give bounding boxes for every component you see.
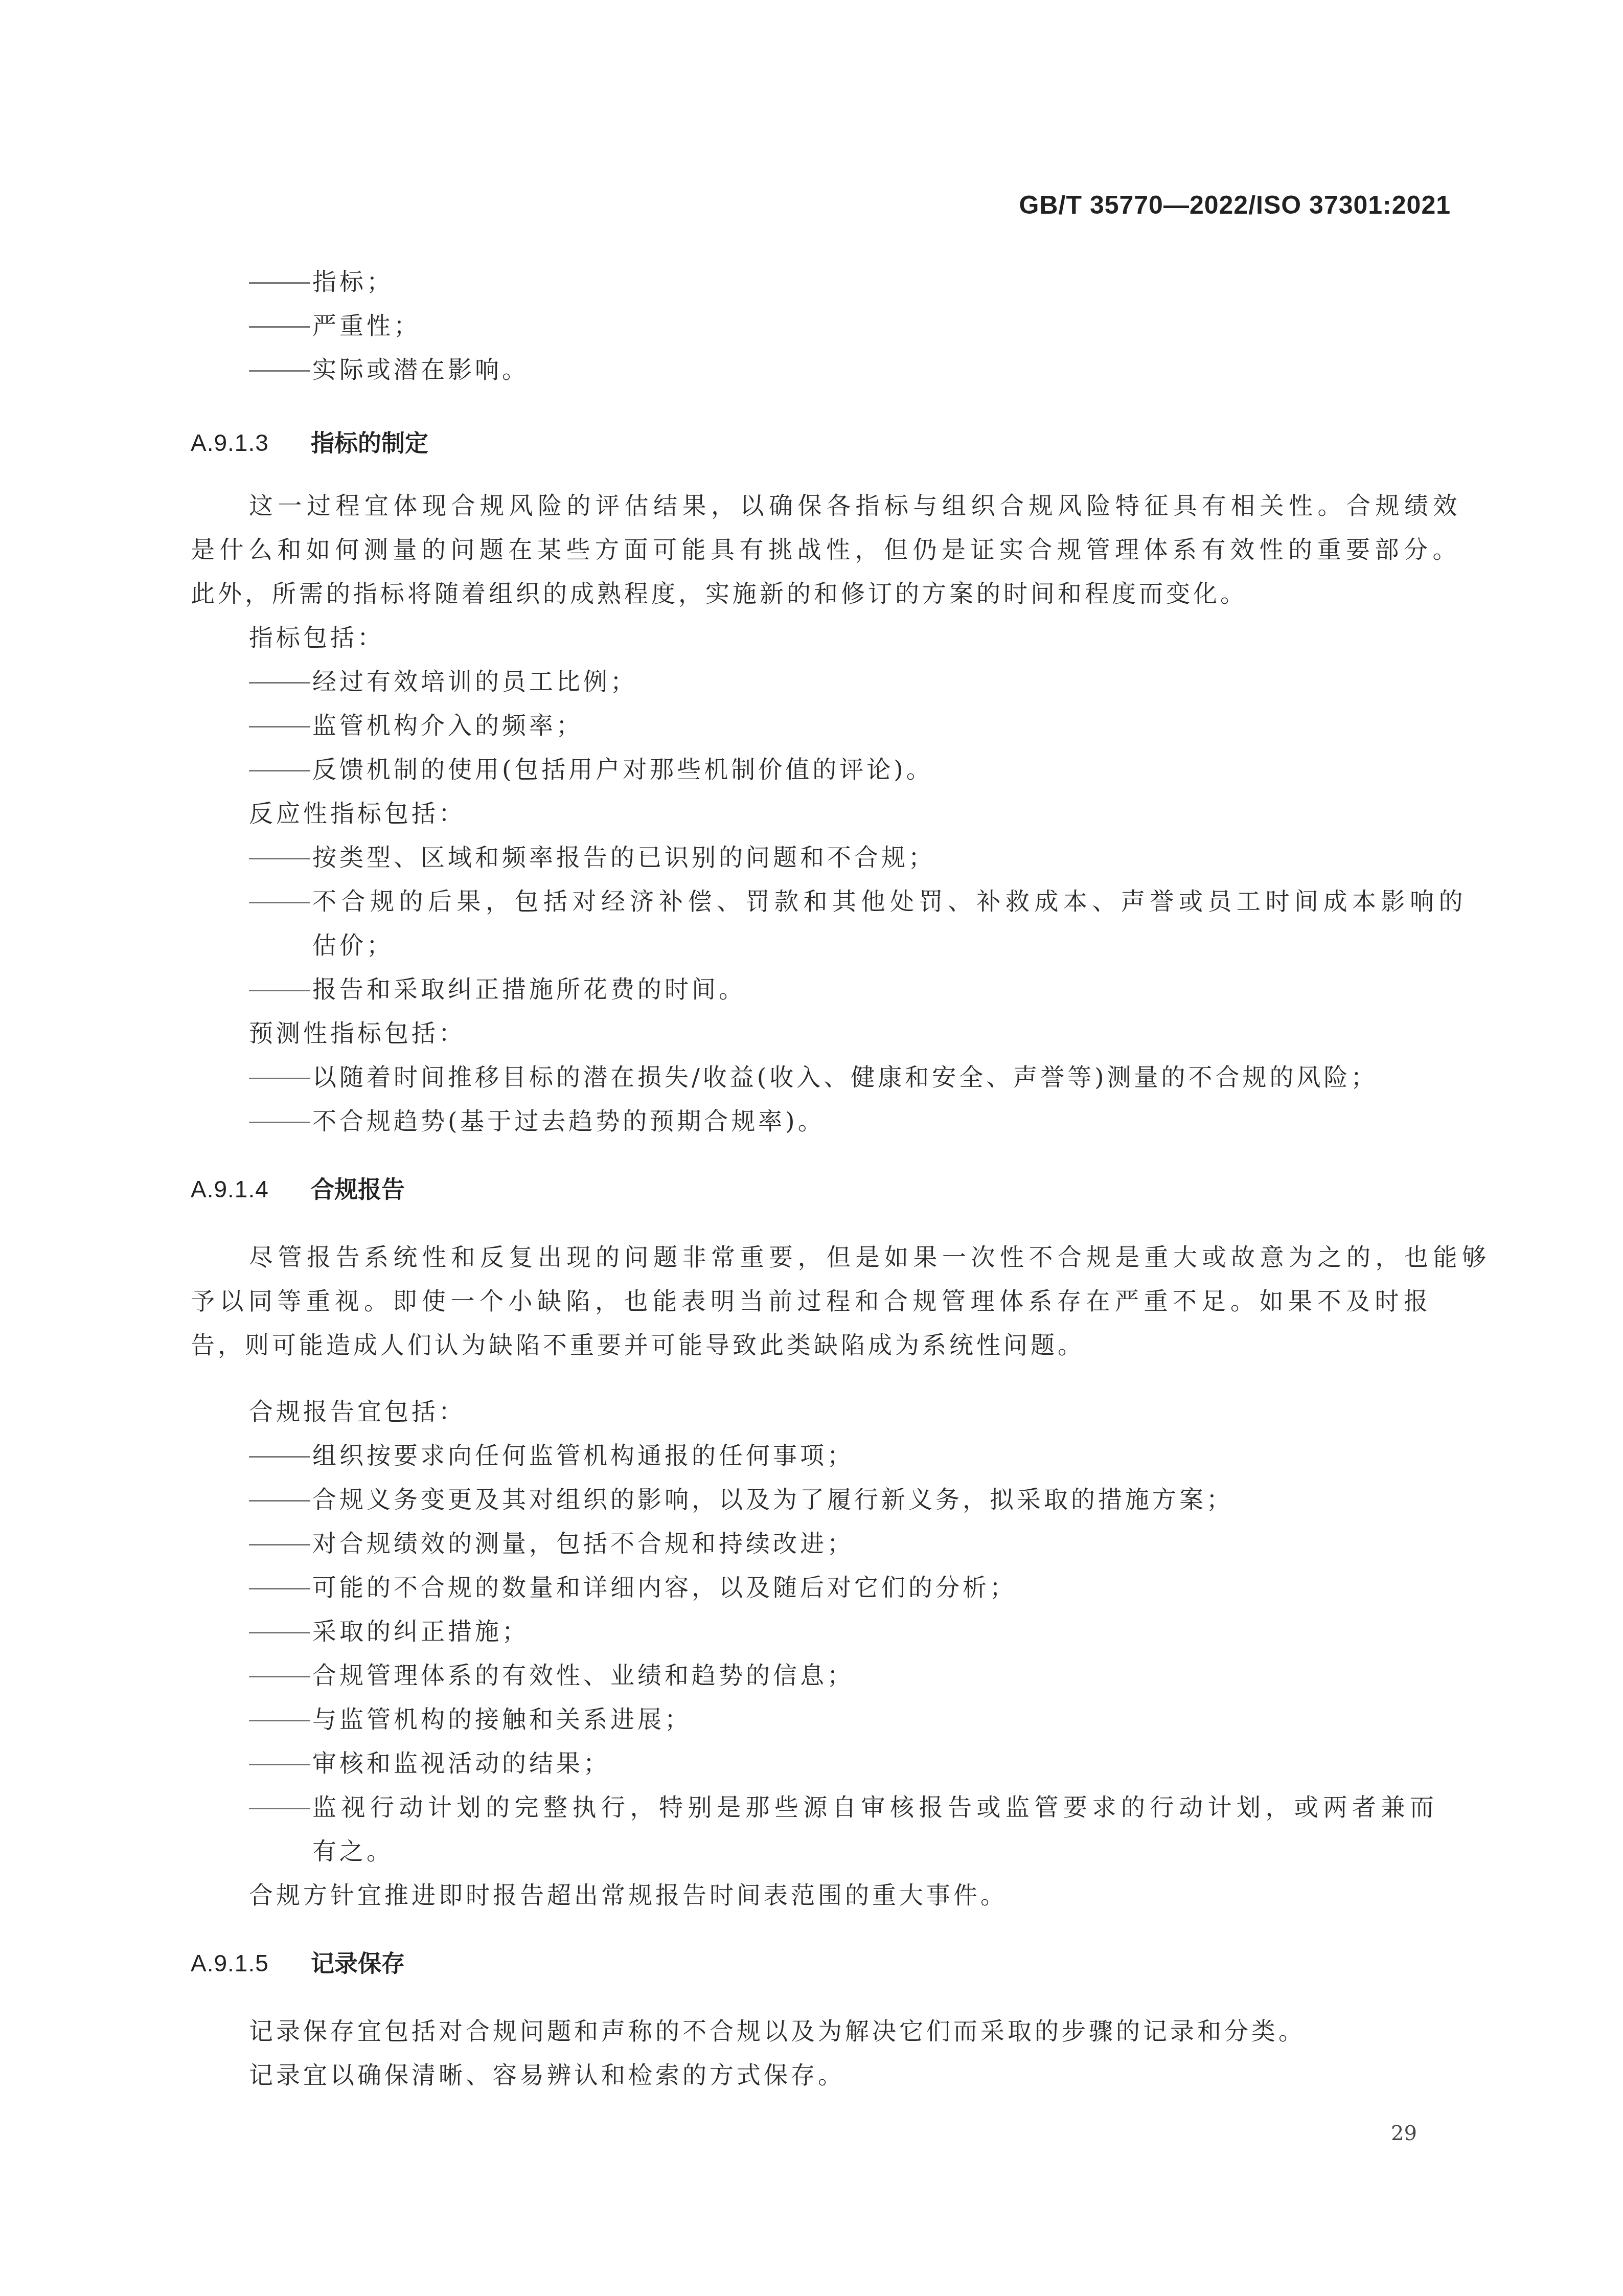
list-item-text: 组织按要求向任何监管机构通报的任何事项； — [312, 1442, 854, 1470]
list-item: 可能的不合规的数量和详细内容，以及随后对它们的分析； — [249, 1573, 1017, 1603]
dash-bullet-icon — [249, 1485, 312, 1515]
paragraph-line: 合规方针宜推进即时报告超出常规报告时间表范围的重大事件。 — [249, 1880, 1008, 1911]
list-intro: 反应性指标包括： — [249, 799, 466, 829]
list-item-text: 严重性； — [312, 312, 421, 340]
list-item-text: 合规义务变更及其对组织的影响，以及为了履行新义务，拟采取的措施方案； — [312, 1486, 1233, 1514]
list-item: 组织按要求向任何监管机构通报的任何事项； — [249, 1441, 854, 1471]
list-item: 合规管理体系的有效性、业绩和趋势的信息； — [249, 1661, 854, 1691]
dash-bullet-icon — [249, 974, 312, 1005]
list-item-text: 实际或潜在影响。 — [312, 356, 529, 384]
list-item: 与监管机构的接触和关系进展； — [249, 1704, 692, 1735]
paragraph-line: 告，则可能造成人们认为缺陷不重要并可能导致此类缺陷成为系统性问题。 — [191, 1330, 1085, 1361]
list-item: 反馈机制的使用(包括用户对那些机制价值的评论)。 — [249, 755, 933, 785]
dash-bullet-icon — [249, 1106, 312, 1137]
paragraph-line: 记录保存宜包括对合规问题和声称的不合规以及为解决它们而采取的步骤的记录和分类。 — [249, 2016, 1306, 2047]
list-item-text: 经过有效培训的员工比例； — [312, 668, 637, 696]
list-item-text: 与监管机构的接触和关系进展； — [312, 1706, 692, 1734]
list-item: 按类型、区域和频率报告的已识别的问题和不合规； — [249, 843, 935, 873]
dash-bullet-icon — [249, 1617, 312, 1647]
list-item: 经过有效培训的员工比例； — [249, 667, 637, 697]
dash-bullet-icon — [249, 886, 312, 917]
section-title: 指标的制定 — [311, 429, 428, 457]
list-item: 采取的纠正措施； — [249, 1617, 529, 1647]
dash-bullet-icon — [249, 1661, 312, 1691]
list-item: 不合规趋势(基于过去趋势的预期合规率)。 — [249, 1106, 825, 1137]
dash-bullet-icon — [249, 1441, 312, 1471]
list-item-text: 不合规趋势(基于过去趋势的预期合规率)。 — [312, 1107, 825, 1135]
list-item-text: 合规管理体系的有效性、业绩和趋势的信息； — [312, 1662, 854, 1690]
section-heading-a915: A.9.1.5记录保存 — [191, 1948, 405, 1979]
list-intro: 预测性指标包括： — [249, 1018, 466, 1049]
paragraph-line: 予以同等重视。即使一个小缺陷，也能表明当前过程和合规管理体系存在严重不足。如果不… — [191, 1286, 1433, 1317]
section-number: A.9.1.4 — [191, 1174, 311, 1204]
list-item: 报告和采取纠正措施所花费的时间。 — [249, 974, 746, 1005]
dash-bullet-icon — [249, 1062, 312, 1093]
list-item-text: 指标； — [312, 268, 394, 296]
dash-bullet-icon — [249, 311, 312, 342]
dash-bullet-icon — [249, 755, 312, 785]
list-item: 指标； — [249, 267, 394, 298]
list-intro: 指标包括： — [249, 623, 384, 653]
list-item: 监视行动计划的完整执行，特别是那些源自审核报告或监管要求的行动计划，或两者兼而 — [249, 1792, 1439, 1823]
section-title: 记录保存 — [311, 1949, 405, 1977]
dash-bullet-icon — [249, 1529, 312, 1559]
list-item-text: 不合规的后果，包括对经济补偿、罚款和其他处罚、补救成本、声誉或员工时间成本影响的 — [312, 888, 1468, 916]
list-item-text: 报告和采取纠正措施所花费的时间。 — [312, 975, 746, 1004]
list-item-text: 以随着时间推移目标的潜在损失/收益(收入、健康和安全、声誉等)测量的不合规的风险… — [312, 1063, 1378, 1092]
section-number: A.9.1.5 — [191, 1948, 311, 1979]
list-item: 合规义务变更及其对组织的影响，以及为了履行新义务，拟采取的措施方案； — [249, 1485, 1233, 1515]
dash-bullet-icon — [249, 667, 312, 697]
list-item-text: 反馈机制的使用(包括用户对那些机制价值的评论)。 — [312, 756, 933, 784]
dash-bullet-icon — [249, 1704, 312, 1735]
paragraph-line: 尽管报告系统性和反复出现的问题非常重要，但是如果一次性不合规是重大或故意为之的，… — [249, 1242, 1491, 1273]
section-heading-a913: A.9.1.3指标的制定 — [191, 427, 428, 458]
list-item-text: 采取的纠正措施； — [312, 1618, 529, 1646]
dash-bullet-icon — [249, 843, 312, 873]
dash-bullet-icon — [249, 711, 312, 741]
list-item-continuation: 估价； — [312, 930, 394, 961]
list-item-text: 监视行动计划的完整执行，特别是那些源自审核报告或监管要求的行动计划，或两者兼而 — [312, 1793, 1439, 1822]
paragraph-line: 此外，所需的指标将随着组织的成熟程度，实施新的和修订的方案的时间和程度而变化。 — [191, 579, 1247, 609]
paragraph-line: 是什么和如何测量的问题在某些方面可能具有挑战性，但仍是证实合规管理体系有效性的重… — [191, 535, 1461, 565]
list-item-text: 审核和监视活动的结果； — [312, 1749, 610, 1778]
dash-bullet-icon — [249, 1573, 312, 1603]
list-item-text: 按类型、区域和频率报告的已识别的问题和不合规； — [312, 844, 935, 872]
list-item: 以随着时间推移目标的潜在损失/收益(收入、健康和安全、声誉等)测量的不合规的风险… — [249, 1062, 1378, 1093]
list-item-text: 对合规绩效的测量，包括不合规和持续改进； — [312, 1530, 854, 1558]
section-number: A.9.1.3 — [191, 427, 311, 458]
list-item: 实际或潜在影响。 — [249, 355, 529, 385]
list-item: 严重性； — [249, 311, 421, 342]
dash-bullet-icon — [249, 267, 312, 298]
list-intro: 合规报告宜包括： — [249, 1397, 466, 1427]
list-item-continuation: 有之。 — [312, 1836, 394, 1867]
list-item-text: 可能的不合规的数量和详细内容，以及随后对它们的分析； — [312, 1574, 1017, 1602]
list-item: 监管机构介入的频率； — [249, 711, 583, 741]
list-item: 对合规绩效的测量，包括不合规和持续改进； — [249, 1529, 854, 1559]
list-item: 不合规的后果，包括对经济补偿、罚款和其他处罚、补救成本、声誉或员工时间成本影响的 — [249, 886, 1468, 917]
page-number: 29 — [1391, 2122, 1417, 2145]
list-item-text: 监管机构介入的频率； — [312, 712, 583, 740]
paragraph-line: 这一过程宜体现合规风险的评估结果，以确保各指标与组织合规风险特征具有相关性。合规… — [249, 491, 1462, 521]
standard-code-header: GB/T 35770—2022/ISO 37301:2021 — [1019, 190, 1451, 220]
dash-bullet-icon — [249, 1792, 312, 1823]
section-title: 合规报告 — [311, 1175, 405, 1203]
list-item: 审核和监视活动的结果； — [249, 1748, 610, 1779]
paragraph-line: 记录宜以确保清晰、容易辨认和检索的方式保存。 — [249, 2060, 845, 2091]
dash-bullet-icon — [249, 355, 312, 385]
dash-bullet-icon — [249, 1748, 312, 1779]
section-heading-a914: A.9.1.4合规报告 — [191, 1174, 405, 1204]
